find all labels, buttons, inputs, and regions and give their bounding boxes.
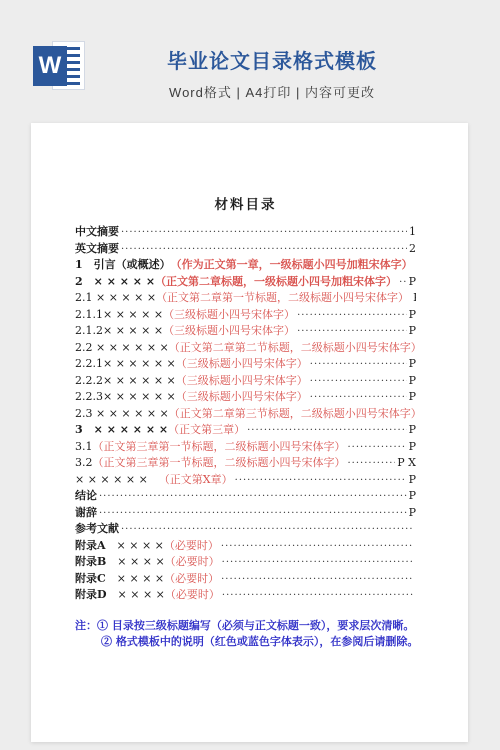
toc-entry-annotation: （正文第二章第二节标题，二级标题小四号宋体字）: [169, 340, 416, 357]
toc-entry: 附录D × × × × （必要时）: [75, 587, 416, 604]
toc-entry-annotation: （三级标题小四号宋体字）: [163, 307, 295, 324]
dot-leader: [121, 225, 407, 241]
toc-entry: 2.1 × × × × × （正文第二章第一节标题，二级标题小四号宋体字） P: [75, 290, 416, 307]
toc-entry-annotation: （正文第三章第一节标题，二级标题小四号宋体字）: [93, 439, 346, 456]
toc-entry-page: P: [409, 505, 416, 522]
toc-entry-page: P X: [397, 455, 416, 472]
toc-entry-label: 2.1.1× × × × ×: [75, 307, 163, 324]
toc-entry: 2.3 × × × × × × （正文第二章第三节标题，二级标题小四号宋体字） …: [75, 406, 416, 423]
toc-entry-label-bold: 3 × × × × × ×: [75, 422, 168, 439]
toc-entry: 附录C × × × × （必要时）: [75, 571, 416, 588]
toc-entry-page: P: [409, 488, 416, 505]
dot-leader: [121, 242, 407, 258]
toc-entry-label: 2.2.2× × × × × ×: [75, 373, 176, 390]
toc-entry: 2.2 × × × × × × （正文第二章第二节标题，二级标题小四号宋体字） …: [75, 340, 416, 357]
header: W 毕业论文目录格式模板 Word格式 | A4打印 | 内容可更改: [0, 0, 500, 123]
dot-leader: [310, 374, 407, 390]
dot-leader: [310, 390, 407, 406]
toc-entry-label: × × × ×: [106, 571, 164, 588]
dot-leader: [399, 275, 407, 291]
dot-leader: [297, 308, 407, 324]
toc-entry-annotation: （三级标题小四号宋体字）: [176, 389, 308, 406]
toc-entry-label-bold: 附录A: [75, 538, 106, 555]
toc-entry-label: 2.3 × × × × × ×: [75, 406, 169, 423]
toc-entry: 2.2.1× × × × × × （三级标题小四号宋体字） P: [75, 356, 416, 373]
toc-entry-label-bold: 1 引言（或概述）: [75, 257, 171, 274]
toc-entry-page: P: [409, 389, 416, 406]
toc-entry-annotation: （必要时）: [164, 538, 219, 555]
toc-entry-page: P: [409, 422, 416, 439]
toc-entry: 2.2.2× × × × × × （三级标题小四号宋体字） P: [75, 373, 416, 390]
toc-entry-annotation: （正文第二章第三节标题，二级标题小四号宋体字）: [169, 406, 416, 423]
toc-entry: 结论 P: [75, 488, 416, 505]
toc-entry: 参考文献: [75, 521, 416, 538]
toc-entry-page: P: [409, 323, 416, 340]
toc-entry-page: 1: [409, 224, 416, 241]
dot-leader: [247, 423, 406, 439]
dot-leader: [348, 440, 407, 456]
toc-title: 材料目录: [75, 193, 416, 213]
toc-entry-label: 3.1: [75, 439, 93, 456]
toc-entry-annotation: （三级标题小四号宋体字）: [176, 373, 308, 390]
toc-entry-label: 2.2.1× × × × × ×: [75, 356, 176, 373]
toc-entry: 2 × × × × × （正文第二章标题，一级标题小四号加粗宋体字） P: [75, 274, 416, 291]
toc-entry: 2.2.3× × × × × × （三级标题小四号宋体字） P: [75, 389, 416, 406]
toc-entry: 谢辞 P: [75, 505, 416, 522]
toc-entry-label: × × × ×: [107, 587, 165, 604]
toc-entry-label-bold: 附录B: [75, 554, 106, 571]
toc-entry-label: 3.2: [75, 455, 93, 472]
dot-leader: [222, 555, 414, 571]
note-line-1: 注：① 目录按三级标题编写（必须与正文标题一致），要求层次清晰。: [75, 618, 416, 634]
toc-entry-page: P: [409, 472, 416, 489]
toc-entry-annotation: （正文第二章第一节标题，二级标题小四号宋体字）: [156, 290, 409, 307]
dot-leader: [99, 489, 407, 505]
toc-entry-page: P: [409, 373, 416, 390]
dot-leader: [221, 572, 414, 588]
toc-entry-label: × × × × × ×: [75, 472, 159, 489]
toc-entry-annotation: （正文第三章第一节标题，二级标题小四号宋体字）: [93, 455, 346, 472]
toc-entry-label-bold: 参考文献: [75, 521, 119, 538]
header-titles: 毕业论文目录格式模板 Word格式 | A4打印 | 内容可更改: [86, 45, 458, 101]
toc-entry-annotation: （必要时）: [165, 587, 220, 604]
toc-entry: 附录A × × × × （必要时）: [75, 538, 416, 555]
dot-leader: [297, 324, 407, 340]
toc-entry-annotation: （正文第X章）: [159, 472, 233, 489]
dot-leader: [121, 522, 414, 538]
toc-entry-page: P: [409, 356, 416, 373]
toc-entry-label: 2.2.3× × × × × ×: [75, 389, 176, 406]
toc-entry: 附录B × × × × （必要时）: [75, 554, 416, 571]
toc-entry-label: 2.1.2× × × × ×: [75, 323, 163, 340]
toc-entry-annotation: （作为正文第一章，一级标题小四号加粗宋体字）: [171, 257, 413, 274]
toc-entry-page: P: [409, 439, 416, 456]
page-title: 毕业论文目录格式模板: [86, 45, 458, 74]
toc-entry-label: × × × ×: [106, 554, 164, 571]
dot-leader: [222, 588, 414, 604]
dot-leader: [99, 506, 407, 522]
toc-entry: 1 引言（或概述） （作为正文第一章，一级标题小四号加粗宋体字） 3: [75, 257, 416, 274]
toc-entry: 3 × × × × × × （正文第三章） P: [75, 422, 416, 439]
dot-leader: [348, 456, 396, 472]
toc-entry-label-bold: 结论: [75, 488, 97, 505]
toc-entry-page: P: [409, 274, 416, 291]
toc-entry: 2.1.2× × × × × （三级标题小四号宋体字） P: [75, 323, 416, 340]
toc-entry-page: P: [413, 290, 416, 307]
toc-entry-label-bold: 英文摘要: [75, 241, 119, 258]
toc-entry-page: P: [409, 307, 416, 324]
toc-entry-annotation: （正文第三章）: [168, 422, 245, 439]
toc-entry-annotation: （三级标题小四号宋体字）: [176, 356, 308, 373]
toc-entry: 2.1.1× × × × × （三级标题小四号宋体字） P: [75, 307, 416, 324]
toc-entry-label-bold: 谢辞: [75, 505, 97, 522]
toc-entry-label-bold: 附录C: [75, 571, 106, 588]
toc-entry: 3.1 （正文第三章第一节标题，二级标题小四号宋体字） P: [75, 439, 416, 456]
toc-entry-label: × × × ×: [106, 538, 164, 555]
toc-entry: × × × × × × （正文第X章） P: [75, 472, 416, 489]
toc-entry: 3.2 （正文第三章第一节标题，二级标题小四号宋体字） P X: [75, 455, 416, 472]
toc-entry-label-bold: 附录D: [75, 587, 107, 604]
toc-entry-annotation: （正文第二章标题，一级标题小四号加粗宋体字）: [155, 274, 397, 291]
note-line-2: ② 格式模板中的说明（红色或蓝色字体表示），在参阅后请删除。: [75, 634, 416, 650]
toc-entry: 中文摘要 1: [75, 224, 416, 241]
page-subtitle: Word格式 | A4打印 | 内容可更改: [86, 82, 458, 101]
dot-leader: [221, 539, 414, 555]
toc-entry: 英文摘要 2: [75, 241, 416, 258]
toc-entry-annotation: （必要时）: [165, 554, 220, 571]
toc-entry-label: 2.1 × × × × ×: [75, 290, 156, 307]
toc-entry-label-bold: 2 × × × × ×: [75, 274, 155, 291]
toc-entry-annotation: （必要时）: [164, 571, 219, 588]
word-icon-letter: W: [33, 46, 67, 86]
toc-entry-annotation: （三级标题小四号宋体字）: [163, 323, 295, 340]
toc-list: 中文摘要 1 英文摘要 2 1 引言（或概述） （作为正文第一章，一级标题小四号…: [75, 224, 416, 604]
toc-entry-page: 2: [409, 241, 416, 258]
dot-leader: [235, 473, 407, 489]
word-icon: W: [33, 39, 87, 93]
dot-leader: [310, 357, 407, 373]
document-page: 材料目录 中文摘要 1 英文摘要 2 1 引言（或概述） （作为正文第一章，一级…: [31, 123, 468, 742]
toc-entry-label-bold: 中文摘要: [75, 224, 119, 241]
notes: 注：① 目录按三级标题编写（必须与正文标题一致），要求层次清晰。 ② 格式模板中…: [75, 618, 416, 650]
toc-entry-label: 2.2 × × × × × ×: [75, 340, 169, 357]
